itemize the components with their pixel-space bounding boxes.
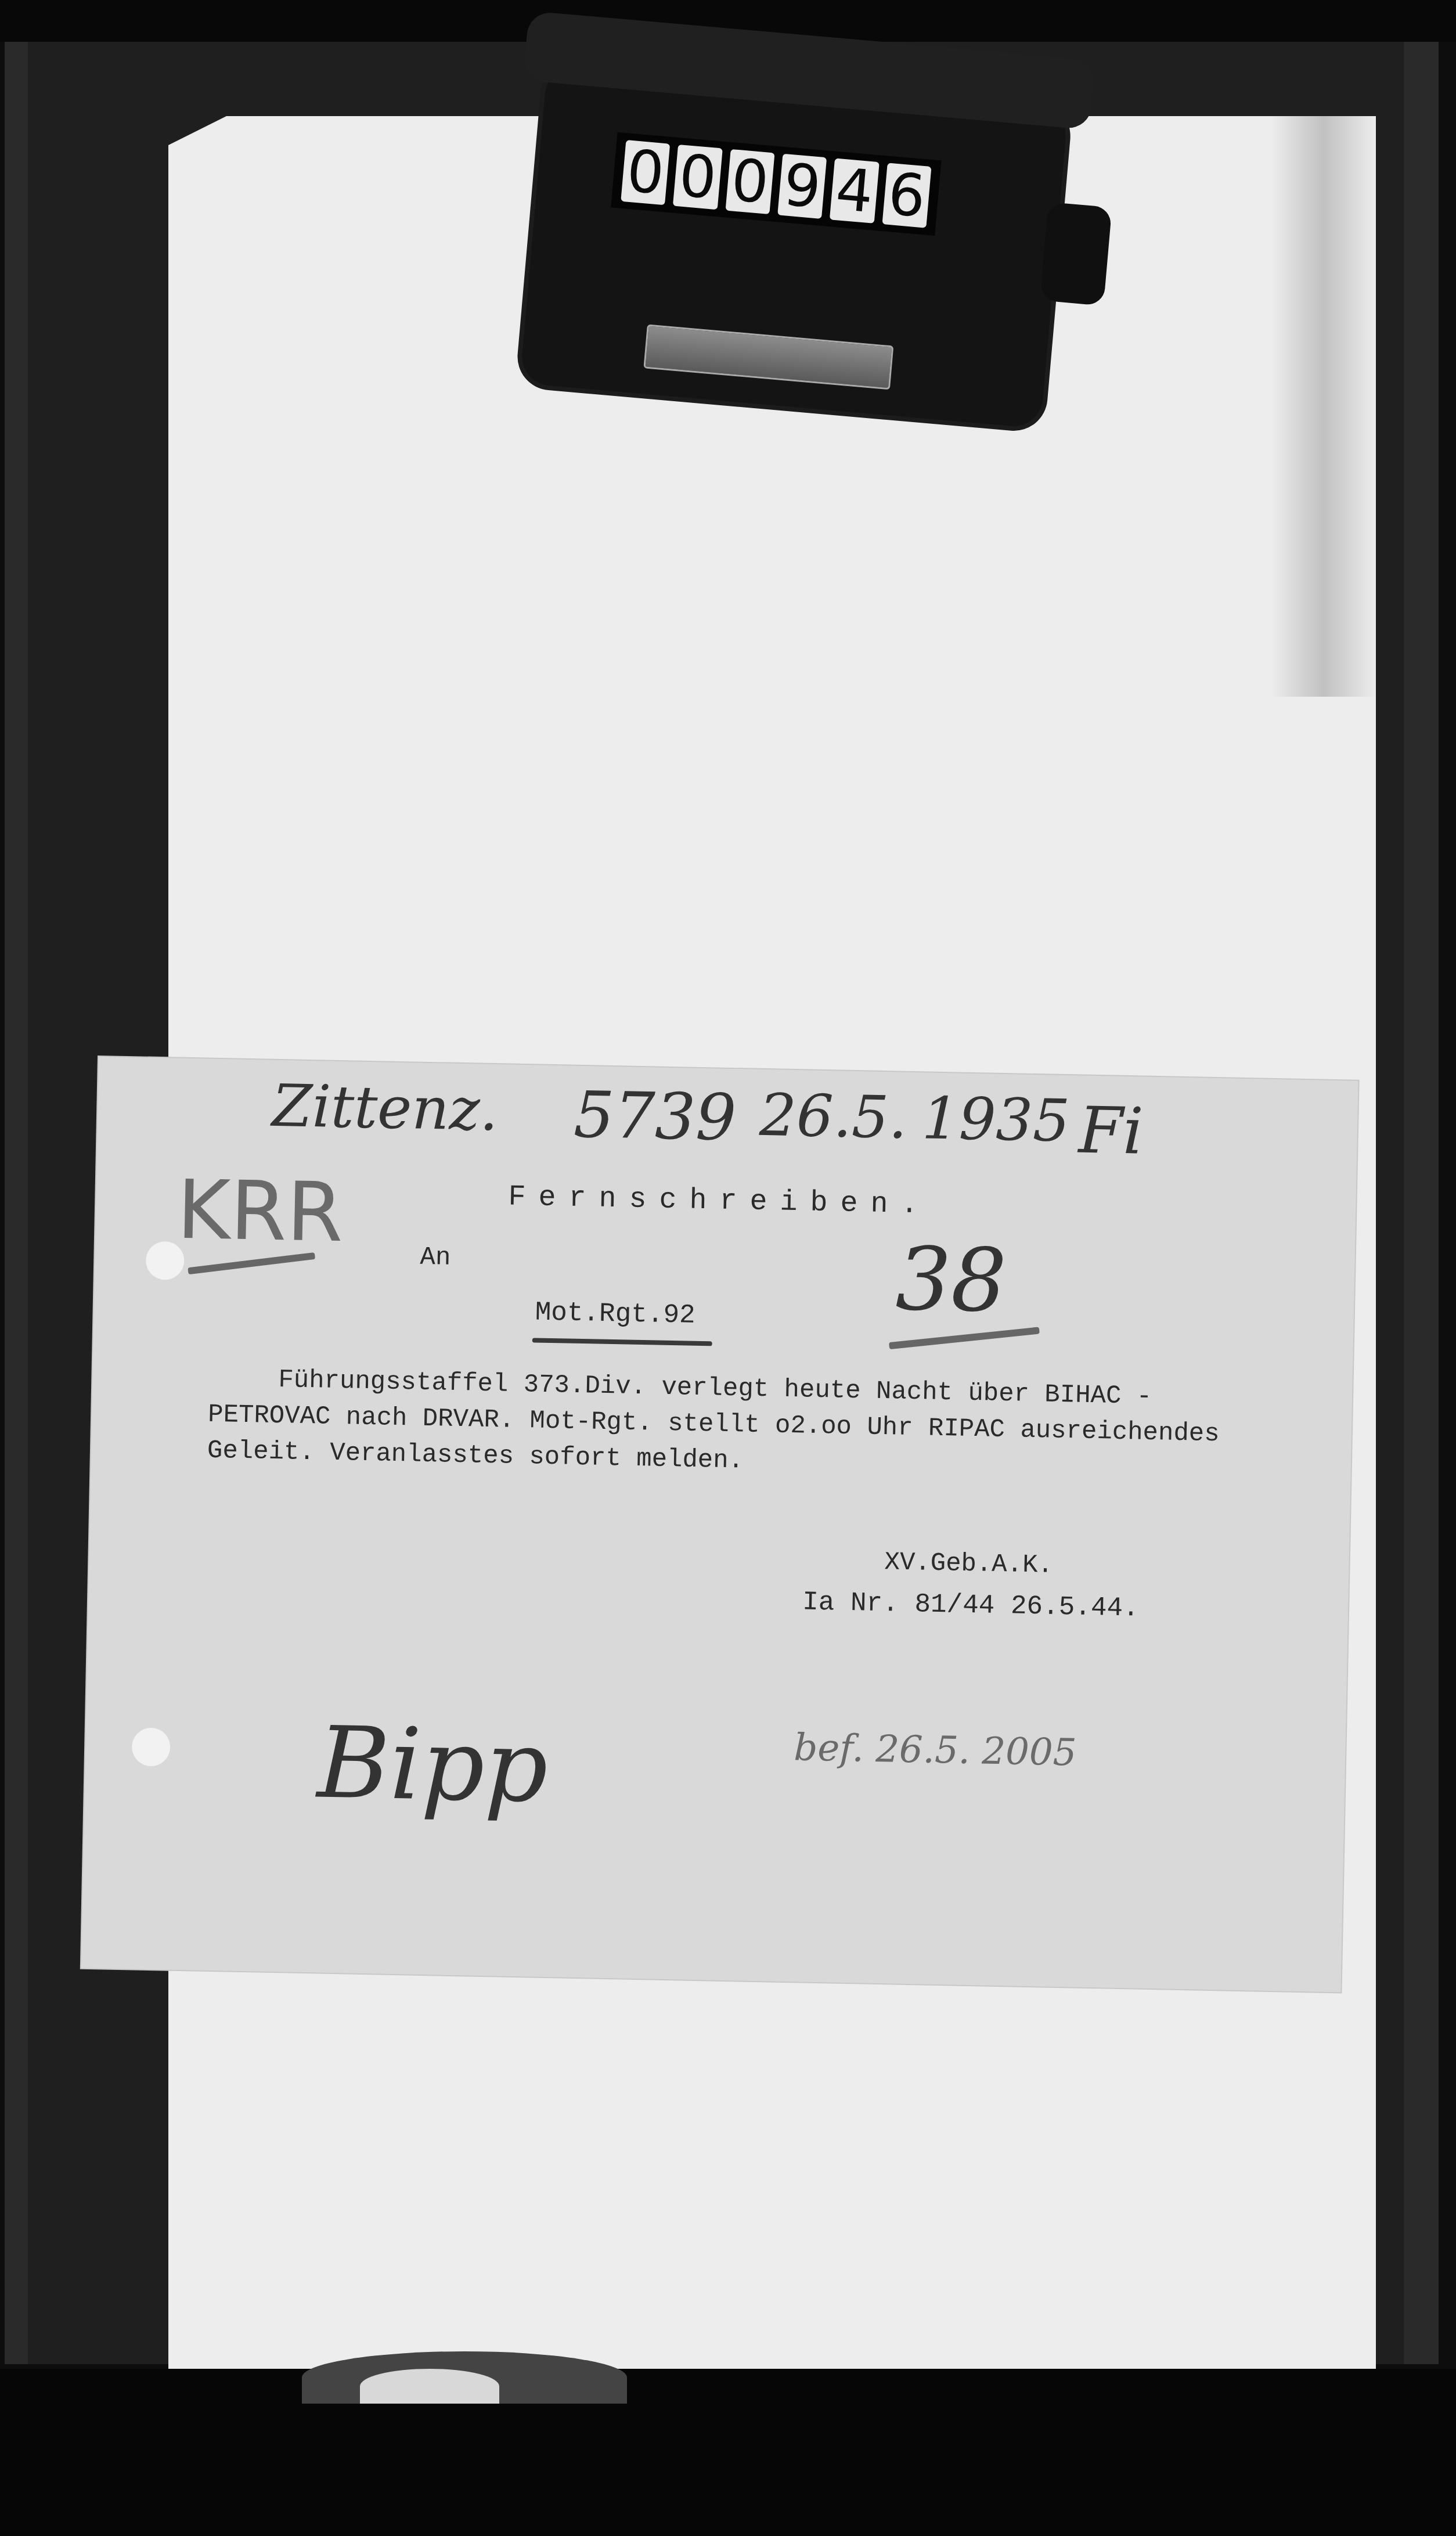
- handwritten-page-number: 38: [895, 1229, 1007, 1332]
- to-label: An: [420, 1243, 451, 1273]
- counter-digit: 4: [830, 158, 879, 224]
- reference-number: Ia Nr. 81/44 26.5.44.: [802, 1587, 1140, 1623]
- telegram-document: Zittenz. 5739 26.5. 1935 Fi KRR Fernschr…: [81, 1057, 1358, 1992]
- counter-digit: 0: [621, 140, 670, 205]
- pencil-mark: KRR: [176, 1163, 344, 1260]
- counter-nameplate: [643, 324, 893, 390]
- film-clip: [302, 2351, 627, 2404]
- handwritten-time: 1935: [921, 1084, 1071, 1155]
- handwritten-date: 26.5.: [759, 1081, 908, 1152]
- film-clip-highlight: [360, 2369, 499, 2404]
- counter-digit: 0: [725, 149, 774, 214]
- counter-digit: 6: [882, 163, 931, 228]
- recipient: Mot.Rgt.92: [535, 1298, 695, 1331]
- punch-hole: [132, 1727, 171, 1766]
- recipient-underline: [532, 1338, 712, 1346]
- counter-knob: [1040, 202, 1112, 306]
- counter-digit: 9: [777, 154, 827, 219]
- sender-unit: XV.Geb.A.K.: [884, 1548, 1053, 1580]
- film-border-bottom: [0, 2369, 1456, 2536]
- received-note: bef. 26.5. 2005: [794, 1726, 1077, 1774]
- document-title: Fernschreiben.: [508, 1181, 931, 1222]
- signature: Bipp: [316, 1705, 549, 1825]
- sheet-corner-notch: [157, 116, 226, 151]
- sheet-shadow: [1271, 116, 1376, 697]
- handwritten-number: 5739: [573, 1078, 737, 1155]
- handwritten-prefix: Zittenz.: [271, 1072, 499, 1144]
- counter-display: 0 0 0 9 4 6: [611, 132, 941, 236]
- handwritten-initials: Fi: [1078, 1093, 1144, 1168]
- frame-counter-device: 0 0 0 9 4 6: [520, 59, 1068, 428]
- counter-digit: 0: [673, 145, 722, 210]
